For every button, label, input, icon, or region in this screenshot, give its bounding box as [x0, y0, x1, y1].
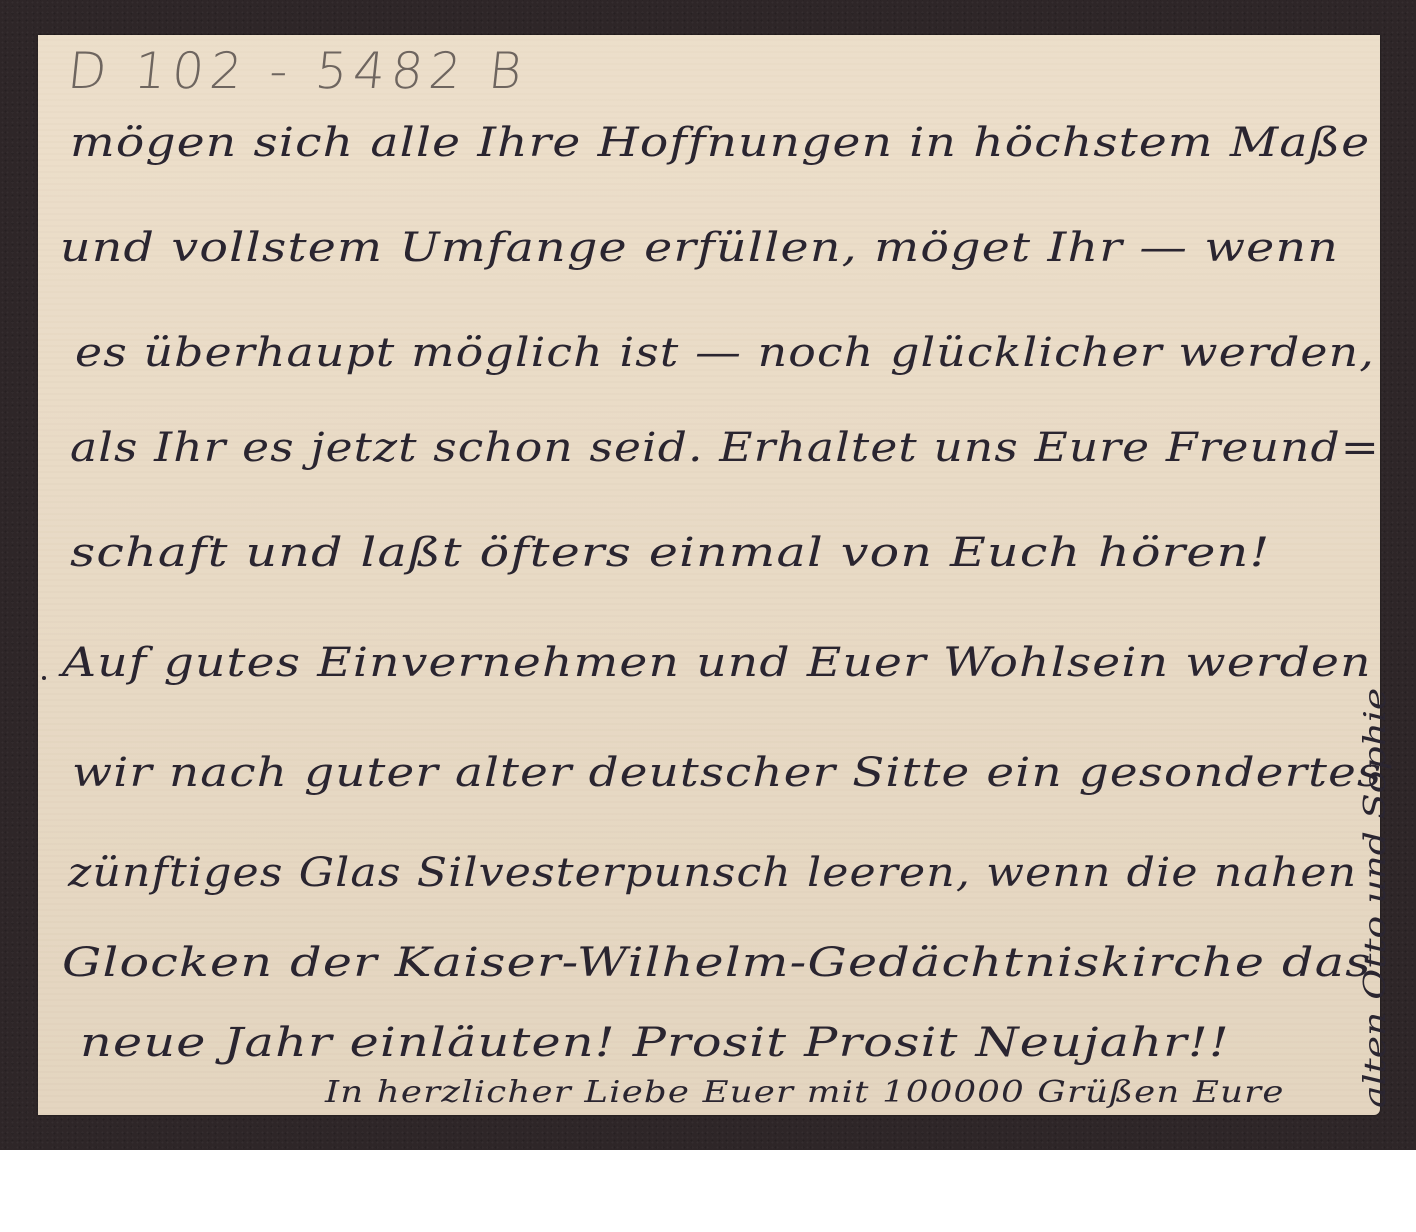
archive-signature-mark: D 102 - 5482 B — [65, 42, 531, 100]
handwritten-line-8: zünftiges Glas Silvesterpunsch leeren, w… — [68, 850, 1357, 896]
handwritten-line-1: mögen sich alle Ihre Hoffnungen in höchs… — [70, 120, 1370, 166]
handwritten-line-6: Auf gutes Einvernehmen und Euer Wohlsein… — [62, 640, 1372, 686]
handwritten-line-4: als Ihr es jetzt schon seid. Erhaltet un… — [70, 425, 1380, 471]
ink-dot — [42, 676, 46, 680]
handwritten-line-9: Glocken der Kaiser-Wilhelm-Gedächtniskir… — [62, 940, 1372, 986]
closing-line: In herzlicher Liebe Euer mit 100000 Grüß… — [325, 1075, 1285, 1110]
margin-signature: alten Otto und Sophie — [1358, 688, 1393, 1108]
handwritten-line-7: wir nach guter alter deutscher Sitte ein… — [72, 750, 1382, 796]
handwritten-line-10: neue Jahr einläuten! Prosit Prosit Neuja… — [80, 1020, 1230, 1066]
handwritten-line-3: es überhaupt möglich ist — noch glücklic… — [75, 330, 1375, 376]
handwritten-line-5: schaft und laßt öfters einmal von Euch h… — [70, 530, 1270, 576]
handwritten-line-2: und vollstem Umfange erfüllen, möget Ihr… — [60, 225, 1339, 271]
